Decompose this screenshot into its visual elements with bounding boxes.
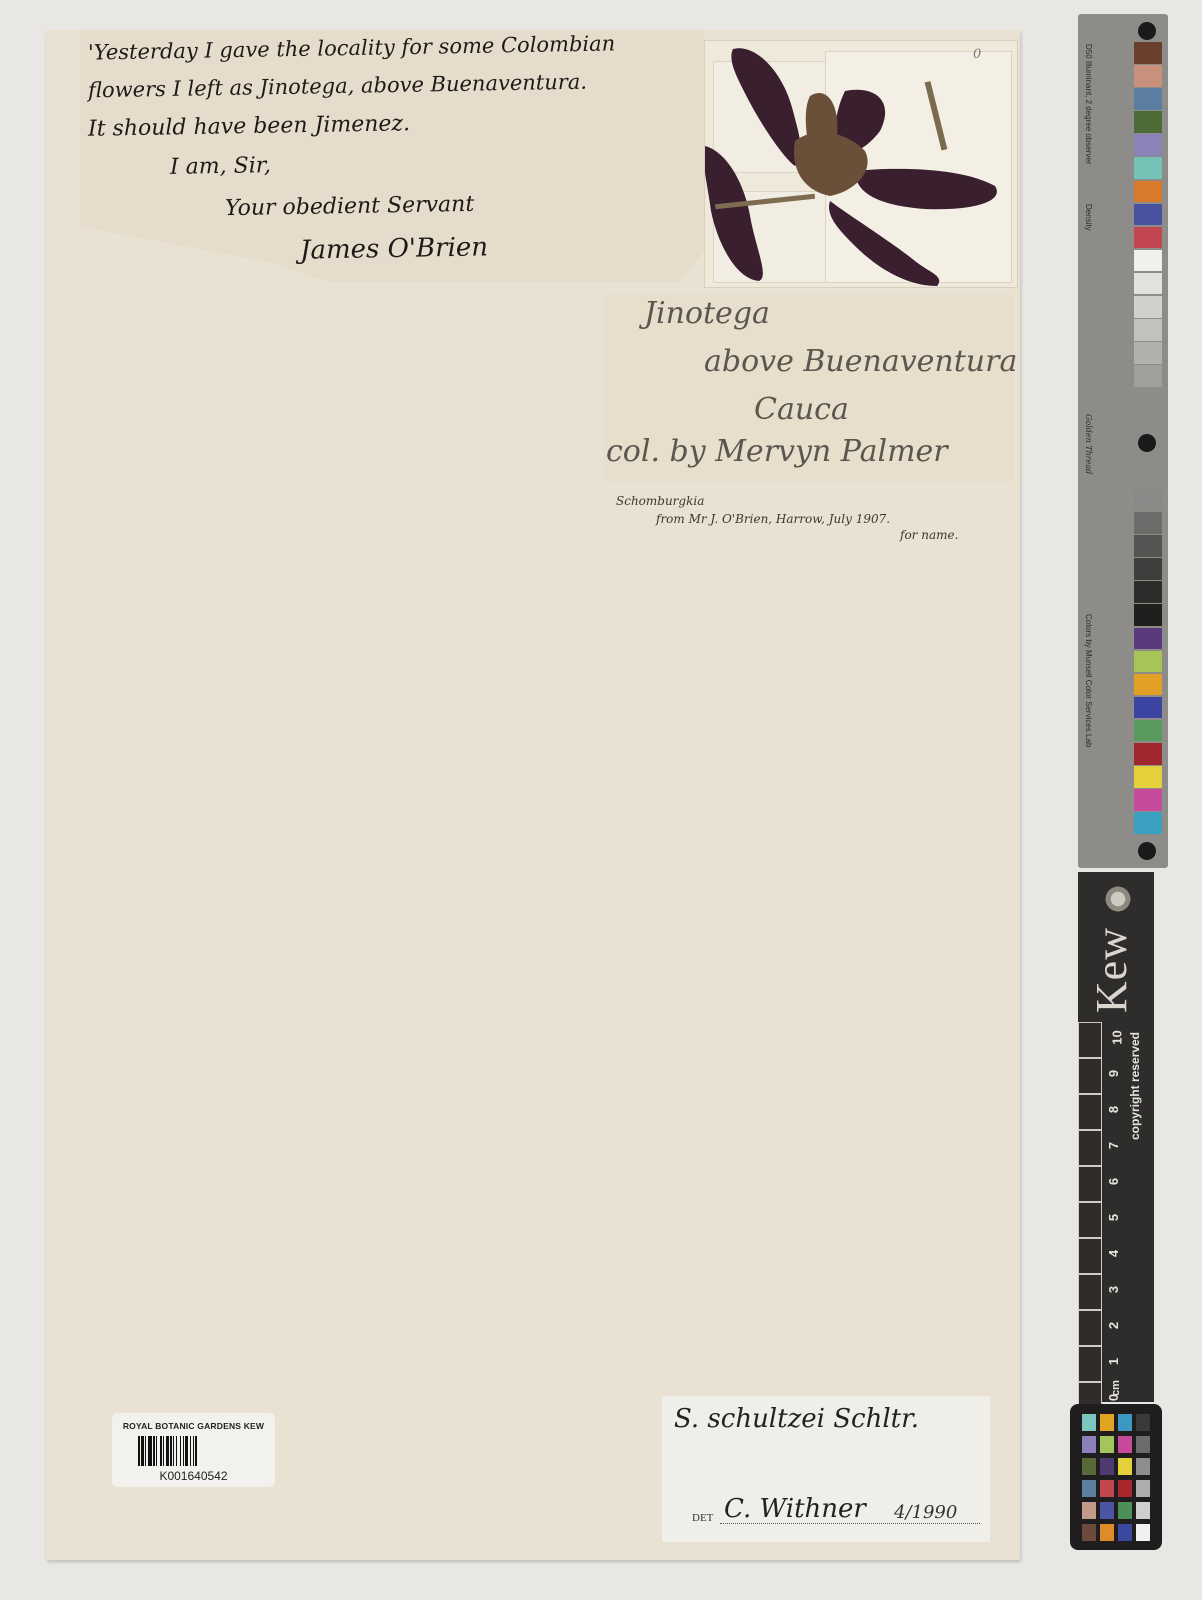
scale-number: 6 bbox=[1106, 1178, 1121, 1185]
color-swatch bbox=[1118, 1414, 1132, 1431]
color-swatch bbox=[1118, 1524, 1132, 1541]
color-swatch bbox=[1082, 1502, 1096, 1519]
color-swatch bbox=[1100, 1480, 1114, 1497]
color-swatch bbox=[1134, 604, 1162, 626]
locality-line-3: Cauca bbox=[754, 392, 849, 427]
ruler-illuminant-text: D50 Illuminant, 2 degree observer bbox=[1084, 44, 1093, 165]
color-swatch bbox=[1134, 512, 1162, 534]
color-swatch bbox=[1136, 1414, 1150, 1431]
color-swatch bbox=[1134, 227, 1162, 249]
det-prefix: DET bbox=[692, 1512, 713, 1524]
color-swatch bbox=[1134, 558, 1162, 580]
locality-line-1: Jinotega bbox=[644, 296, 770, 331]
scale-block bbox=[1078, 1022, 1102, 1058]
scale-block bbox=[1078, 1238, 1102, 1274]
scale-number: 9 bbox=[1106, 1070, 1121, 1077]
color-swatch bbox=[1134, 181, 1162, 203]
color-swatch bbox=[1134, 273, 1162, 295]
color-swatch bbox=[1100, 1502, 1114, 1519]
locality-line-4: col. by Mervyn Palmer bbox=[606, 434, 948, 469]
kew-logo: Kew bbox=[1086, 927, 1137, 1013]
color-swatch bbox=[1134, 42, 1162, 64]
color-swatch bbox=[1082, 1524, 1096, 1541]
letter-line-4: I am, Sir, bbox=[170, 153, 271, 180]
ruler-hole-icon bbox=[1138, 434, 1156, 452]
ruler-hole-icon bbox=[1138, 22, 1156, 40]
kew-crest-icon bbox=[1104, 884, 1132, 914]
copyright-text: copyright reserved bbox=[1128, 1032, 1142, 1140]
cm-scale: 012345678910 bbox=[1078, 1027, 1108, 1397]
scale-block bbox=[1078, 1346, 1102, 1382]
scale-number: 2 bbox=[1106, 1322, 1121, 1329]
color-swatch bbox=[1134, 296, 1162, 318]
color-swatch bbox=[1082, 1480, 1096, 1497]
scale-number: 8 bbox=[1106, 1106, 1121, 1113]
packet-mark: 0 bbox=[973, 47, 981, 62]
color-swatch bbox=[1136, 1524, 1150, 1541]
color-swatch bbox=[1134, 134, 1162, 156]
color-swatch bbox=[1134, 535, 1162, 557]
scale-block bbox=[1078, 1058, 1102, 1094]
specimen-packet: 0 bbox=[704, 40, 1018, 288]
scale-block bbox=[1078, 1202, 1102, 1238]
letter-line-5: Your obedient Servant bbox=[225, 192, 475, 221]
letter-fragment: 'Yesterday I gave the locality for some … bbox=[80, 30, 704, 282]
color-swatch bbox=[1134, 250, 1162, 272]
letter-line-1: 'Yesterday I gave the locality for some … bbox=[88, 31, 616, 64]
scale-block bbox=[1078, 1094, 1102, 1130]
determination-date: 4/1990 bbox=[894, 1502, 957, 1523]
locality-line-2: above Buenaventura bbox=[704, 344, 1017, 379]
color-swatch bbox=[1136, 1502, 1150, 1519]
color-swatch bbox=[1136, 1480, 1150, 1497]
color-swatch bbox=[1134, 111, 1162, 133]
barcode-bar bbox=[197, 1436, 200, 1466]
barcode-label: ROYAL BOTANIC GARDENS KEW K001640542 bbox=[112, 1413, 275, 1487]
cm-unit: cm bbox=[1110, 1380, 1122, 1396]
color-swatch bbox=[1134, 720, 1162, 742]
scale-number: 4 bbox=[1106, 1250, 1121, 1257]
color-swatch bbox=[1134, 204, 1162, 226]
color-swatch bbox=[1118, 1436, 1132, 1453]
color-swatch bbox=[1134, 88, 1162, 110]
color-calibration-ruler: D50 Illuminant, 2 degree observer Densit… bbox=[1078, 14, 1168, 868]
scale-number: 3 bbox=[1106, 1286, 1121, 1293]
color-swatch bbox=[1100, 1436, 1114, 1453]
color-swatch bbox=[1100, 1524, 1114, 1541]
scale-number: 7 bbox=[1106, 1142, 1121, 1149]
color-swatch bbox=[1118, 1502, 1132, 1519]
color-swatch bbox=[1100, 1414, 1114, 1431]
annotation-line-2: from Mr J. O'Brien, Harrow, July 1907. bbox=[656, 512, 890, 526]
ruler-hole-icon bbox=[1138, 842, 1156, 860]
color-swatch bbox=[1134, 489, 1162, 511]
ruler-density-label: Density bbox=[1084, 204, 1093, 231]
annotation-line-1: Schomburgkia bbox=[616, 494, 704, 508]
color-swatch bbox=[1100, 1458, 1114, 1475]
scale-block bbox=[1078, 1274, 1102, 1310]
color-swatch bbox=[1134, 812, 1162, 834]
color-swatch bbox=[1082, 1458, 1096, 1475]
determiner-name: C. Withner bbox=[724, 1494, 866, 1524]
barcode-number: K001640542 bbox=[112, 1469, 275, 1483]
barcode-institution: ROYAL BOTANIC GARDENS KEW bbox=[112, 1421, 275, 1431]
dried-flower-specimen-icon bbox=[705, 41, 1017, 287]
color-swatch bbox=[1134, 766, 1162, 788]
letter-line-2: flowers I left as Jinotega, above Buenav… bbox=[88, 70, 587, 103]
scale-block bbox=[1078, 1130, 1102, 1166]
color-swatch bbox=[1134, 743, 1162, 765]
barcode-icon bbox=[138, 1436, 250, 1466]
color-swatch bbox=[1134, 628, 1162, 650]
scale-block bbox=[1078, 1166, 1102, 1202]
ruler-brand: Golden Thread bbox=[1084, 414, 1093, 474]
color-swatch bbox=[1082, 1436, 1096, 1453]
letter-line-3: It should have been Jimenez. bbox=[88, 111, 410, 142]
color-swatch bbox=[1134, 342, 1162, 364]
kew-scale-bar: Kew copyright reserved 012345678910 cm bbox=[1078, 872, 1154, 1402]
locality-label: Jinotega above Buenaventura Cauca col. b… bbox=[604, 294, 1014, 482]
determination-name: S. schultzei Schltr. bbox=[674, 1404, 919, 1434]
color-swatch bbox=[1134, 674, 1162, 696]
color-swatch bbox=[1082, 1414, 1096, 1431]
color-swatch bbox=[1134, 581, 1162, 603]
annotation-line-3: for name. bbox=[900, 528, 958, 542]
determination-label: S. schultzei Schltr. DET C. Withner 4/19… bbox=[662, 1396, 990, 1542]
color-swatch bbox=[1134, 65, 1162, 87]
color-swatch bbox=[1136, 1458, 1150, 1475]
color-swatch bbox=[1134, 789, 1162, 811]
scale-block bbox=[1078, 1310, 1102, 1346]
color-swatch bbox=[1134, 651, 1162, 673]
color-swatch bbox=[1134, 319, 1162, 341]
kew-color-card bbox=[1070, 1404, 1162, 1550]
scale-number: 1 bbox=[1106, 1358, 1121, 1365]
scale-number: 10 bbox=[1110, 1030, 1125, 1044]
color-swatch bbox=[1134, 157, 1162, 179]
color-swatch bbox=[1134, 697, 1162, 719]
color-swatch bbox=[1118, 1458, 1132, 1475]
color-swatch bbox=[1136, 1436, 1150, 1453]
ruler-munsell-text: Colors by Munsell Color Services Lab bbox=[1084, 614, 1093, 747]
scale-number: 5 bbox=[1106, 1214, 1121, 1221]
letter-signature: James O'Brien bbox=[300, 232, 489, 265]
color-swatch bbox=[1134, 365, 1162, 387]
color-swatch bbox=[1118, 1480, 1132, 1497]
